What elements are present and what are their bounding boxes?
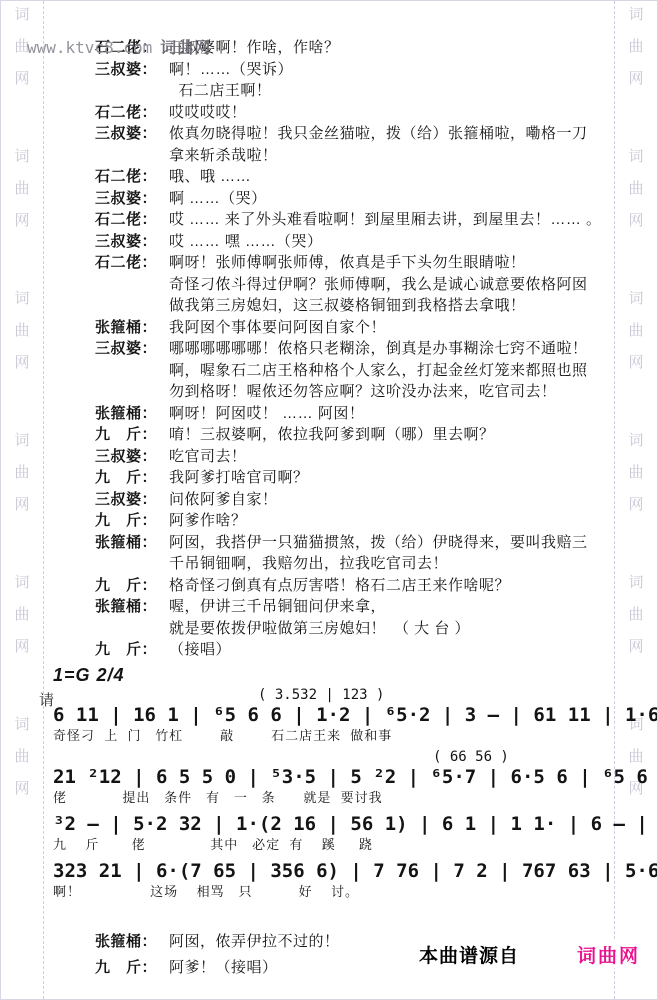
lyrics-line: 佬 提出 条件 有 一 条 就是 要讨我 — [53, 789, 645, 806]
music-system: ³2 — | 5·2 32 | 1·(2 16 | 56 1) | 6 1 | … — [53, 812, 645, 853]
music-intro-label: 请 — [39, 689, 54, 710]
dialogue-row: 石二佬：哦、哦 …… — [95, 166, 637, 188]
side-watermark-char: 词 — [14, 433, 29, 448]
dialogue-row: 做我第三房媳妇，这三叔婆格铜钿到我格搭去拿哦！ — [95, 295, 637, 317]
sheet-music-page: 词曲网词曲网词曲网词曲网词曲网词曲网 词曲网词曲网词曲网词曲网词曲网词曲网 ww… — [0, 0, 658, 1000]
dialogue-text: 奇怪刁侬斗得过伊啊？张师傅啊，我么是诚心诚意要侬格阿囡 — [169, 274, 637, 296]
speaker-label — [95, 295, 169, 317]
side-watermark-char: 词 — [14, 7, 29, 22]
grace-note-annotation: ( 66 56 ) — [433, 750, 645, 765]
dialogue-text: 啊呀！张师傅啊张师傅，侬真是手下头勿生眼睛啦！ — [169, 252, 637, 274]
dialogue-row: 千吊铜钿啊，我赔勿出，拉我吃官司去！ — [95, 553, 637, 575]
dialogue-text: 阿爹作啥？ — [169, 510, 637, 532]
left-margin: 词曲网词曲网词曲网词曲网词曲网词曲网 — [1, 1, 44, 999]
dialogue-row: 九 斤：我阿爹打啥官司啊？ — [95, 467, 637, 489]
dialogue-text: 吃官司去！ — [169, 446, 637, 468]
jianpu-notes-line: 6 11 | 16 1 | ⁶5 6 6 | 1·2 | ⁶5·2 | 3 — … — [53, 703, 645, 727]
dialogue-text: 就是要侬拨伊啦做第三房媳妇！ （ 大 台 ） — [169, 618, 637, 640]
grace-note-annotation: ( 3.532 | 123 ) — [258, 688, 645, 703]
dialogue-row: 三叔婆：啊！……（哭诉） — [95, 59, 637, 81]
speaker-label — [95, 618, 169, 640]
side-watermark-char: 词 — [628, 7, 643, 22]
speaker-label: 石二佬： — [95, 102, 169, 124]
side-watermark-char: 曲 — [14, 749, 29, 764]
side-watermark-char: 网 — [14, 71, 29, 86]
speaker-label — [95, 80, 169, 102]
speaker-label: 九 斤： — [95, 510, 169, 532]
dialogue-row: 张箍桶：啊呀！阿囡哎！ …… 阿囡！ — [95, 403, 637, 425]
speaker-label: 九 斤： — [95, 955, 169, 981]
speaker-label: 九 斤： — [95, 575, 169, 597]
speaker-label: 张箍桶： — [95, 403, 169, 425]
side-watermark-char: 词 — [14, 291, 29, 306]
dialogue-text: 石二店王啊！ — [169, 80, 637, 102]
side-watermark-char: 曲 — [14, 323, 29, 338]
dialogue-text: 我阿囡个事体要问阿囡自家个！ — [169, 317, 637, 339]
speaker-label — [95, 553, 169, 575]
dialogue-row: 三叔婆：哪哪哪哪哪哪！侬格只老糊涂，倒真是办事糊涂七窍不通啦！ — [95, 338, 637, 360]
dialogue-text: 哦、哦 …… — [169, 166, 637, 188]
key-signature: 1=G 2/4 — [53, 665, 645, 686]
music-system: 323 21 | 6·(7 65 | 356 6) | 7 76 | 7 2 |… — [53, 859, 645, 900]
source-label: 本曲谱源自 — [419, 941, 519, 968]
dialogue-row: 拿来斩杀哉啦！ — [95, 145, 637, 167]
speaker-label: 九 斤： — [95, 424, 169, 446]
dialogue-row: 啊，喔象石二店王格种格个人家么，打起金丝灯笼来都照也照 — [95, 360, 637, 382]
music-system: ( 3.532 | 123 )6 11 | 16 1 | ⁶5 6 6 | 1·… — [53, 688, 645, 744]
dialogue-row: 三叔婆：哎 …… 嘿 ……（哭） — [95, 231, 637, 253]
dialogue-row: 九 斤：格奇怪刁倒真有点厉害嗒！格石二店王来作啥呢？ — [95, 575, 637, 597]
speaker-label: 张箍桶： — [95, 929, 169, 955]
source-credit: 本曲谱源自 词曲网 — [419, 941, 640, 968]
dialogue-row: 九 斤：（接唱） — [95, 639, 637, 661]
speaker-label — [95, 360, 169, 382]
side-watermark-char: 曲 — [14, 181, 29, 196]
speaker-label: 三叔婆： — [95, 338, 169, 360]
dialogue-text: 格奇怪刁倒真有点厉害嗒！格石二店王来作啥呢？ — [169, 575, 637, 597]
speaker-label: 三叔婆： — [95, 446, 169, 468]
side-watermark-char: 曲 — [14, 607, 29, 622]
brand-logo: 词曲网 — [577, 941, 640, 968]
dialogue-text: 阿囡，我搭伊一只猫猫掼煞，拨（给）伊晓得来，要叫我赔三 — [169, 532, 637, 554]
side-watermark-char: 网 — [14, 213, 29, 228]
side-watermark-char: 网 — [14, 497, 29, 512]
side-watermark-char: 词 — [14, 149, 29, 164]
dialogue-row: 石二佬：啊呀！张师傅啊张师傅，侬真是手下头勿生眼睛啦！ — [95, 252, 637, 274]
dialogue-row: 石二店王啊！ — [95, 80, 637, 102]
dialogue-text: 问侬阿爹自家！ — [169, 489, 637, 511]
dialogue-text: 做我第三房媳妇，这三叔婆格铜钿到我格搭去拿哦！ — [169, 295, 637, 317]
speaker-label — [95, 274, 169, 296]
dialogue-row: 张箍桶：阿囡，我搭伊一只猫猫掼煞，拨（给）伊晓得来，要叫我赔三 — [95, 532, 637, 554]
dialogue-text: 唷！三叔婆啊，侬拉我阿爹到啊（哪）里去啊？ — [169, 424, 637, 446]
speaker-label: 三叔婆： — [95, 123, 169, 145]
dialogue-row: 石二佬：哎哎哎哎！ — [95, 102, 637, 124]
dialogue-text: 我阿爹打啥官司啊？ — [169, 467, 637, 489]
jianpu-notes-line: 21 ²12 | 6 5 5 0 | ⁵3·5 | 5 ²2 | ⁶5·7 | … — [53, 765, 645, 789]
dialogue-row: 九 斤：唷！三叔婆啊，侬拉我阿爹到啊（哪）里去啊？ — [95, 424, 637, 446]
lyrics-line: 奇怪刁 上 门 竹杠 敲 石二店王来 做和事 — [53, 727, 645, 744]
dialogue-text: 啊 ……（哭） — [169, 188, 637, 210]
jianpu-notes-line: 323 21 | 6·(7 65 | 356 6) | 7 76 | 7 2 |… — [53, 859, 645, 883]
dialogue-text: 啊！……（哭诉） — [169, 59, 637, 81]
side-watermark-char: 曲 — [14, 465, 29, 480]
dialogue-text: 喔，伊讲三千吊铜钿问伊来拿， — [169, 596, 637, 618]
speaker-label: 张箍桶： — [95, 596, 169, 618]
dialogue-text: 啊呀！阿囡哎！ …… 阿囡！ — [169, 403, 637, 425]
watermark-site-logo: 词曲网 — [160, 35, 211, 58]
dialogue-row: 九 斤：阿爹作啥？ — [95, 510, 637, 532]
dialogue-text: 哎 …… 嘿 ……（哭） — [169, 231, 637, 253]
side-watermark-char: 网 — [14, 355, 29, 370]
speaker-label — [95, 381, 169, 403]
dialogue-row: 三叔婆：啊 ……（哭） — [95, 188, 637, 210]
dialogue-text: 三叔婆啊！作啥，作啥？ — [169, 37, 637, 59]
dialogue-row: 石二佬：哎 …… 来了外头难看啦啊！到屋里厢去讲，到屋里去！…… 。 — [95, 209, 637, 231]
dialogue-section: 石二佬：三叔婆啊！作啥，作啥？三叔婆：啊！……（哭诉） 石二店王啊！石二佬：哎哎… — [95, 37, 637, 661]
dialogue-row: 奇怪刁侬斗得过伊啊？张师傅啊，我么是诚心诚意要侬格阿囡 — [95, 274, 637, 296]
lyrics-line: 啊！ 这场 相骂 只 好 讨。 — [53, 883, 645, 900]
speaker-label: 九 斤： — [95, 467, 169, 489]
watermark-url: www.ktvc8.com — [27, 38, 152, 57]
speaker-label — [95, 145, 169, 167]
music-system: ( 66 56 )21 ²12 | 6 5 5 0 | ⁵3·5 | 5 ²2 … — [53, 750, 645, 806]
speaker-label: 三叔婆： — [95, 59, 169, 81]
speaker-label: 三叔婆： — [95, 231, 169, 253]
dialogue-text: 啊，喔象石二店王格种格个人家么，打起金丝灯笼来都照也照 — [169, 360, 637, 382]
dialogue-text: 拿来斩杀哉啦！ — [169, 145, 637, 167]
side-watermark-char: 网 — [14, 639, 29, 654]
left-watermark-column: 词曲网词曲网词曲网词曲网词曲网词曲网 — [1, 1, 43, 859]
music-section: 1=G 2/4 请 ( 3.532 | 123 )6 11 | 16 1 | ⁶… — [53, 665, 645, 906]
dialogue-row: 三叔婆：侬真勿晓得啦！我只金丝猫啦，拨（给）张箍桶啦，嘞格一刀 — [95, 123, 637, 145]
lyrics-line: 九 斤 佬 其中 必定 有 蹊 跷 — [53, 836, 645, 853]
dialogue-row: 三叔婆：吃官司去！ — [95, 446, 637, 468]
speaker-label: 石二佬： — [95, 252, 169, 274]
dialogue-row: 三叔婆：问侬阿爹自家！ — [95, 489, 637, 511]
side-watermark-char: 网 — [14, 781, 29, 796]
dialogue-text: （接唱） — [169, 639, 637, 661]
speaker-label: 三叔婆： — [95, 489, 169, 511]
jianpu-notes-line: ³2 — | 5·2 32 | 1·(2 16 | 56 1) | 6 1 | … — [53, 812, 645, 836]
dialogue-row: 勿到格呀！喔侬还勿答应啊？这吤没办法来，吃官司去！ — [95, 381, 637, 403]
side-watermark-char: 词 — [14, 575, 29, 590]
speaker-label: 九 斤： — [95, 639, 169, 661]
header-watermark: www.ktvc8.com 词曲网 — [27, 35, 211, 58]
dialogue-row: 就是要侬拨伊啦做第三房媳妇！ （ 大 台 ） — [95, 618, 637, 640]
speaker-label: 张箍桶： — [95, 317, 169, 339]
dialogue-text: 勿到格呀！喔侬还勿答应啊？这吤没办法来，吃官司去！ — [169, 381, 637, 403]
dialogue-text: 哎哎哎哎！ — [169, 102, 637, 124]
dialogue-text: 哪哪哪哪哪哪！侬格只老糊涂，倒真是办事糊涂七窍不通啦！ — [169, 338, 637, 360]
side-watermark-char: 词 — [14, 717, 29, 732]
dialogue-row: 张箍桶：喔，伊讲三千吊铜钿问伊来拿， — [95, 596, 637, 618]
dialogue-row: 张箍桶：我阿囡个事体要问阿囡自家个！ — [95, 317, 637, 339]
dialogue-text: 千吊铜钿啊，我赔勿出，拉我吃官司去！ — [169, 553, 637, 575]
dialogue-text: 哎 …… 来了外头难看啦啊！到屋里厢去讲，到屋里去！…… 。 — [169, 209, 637, 231]
speaker-label: 石二佬： — [95, 209, 169, 231]
speaker-label: 张箍桶： — [95, 532, 169, 554]
speaker-label: 石二佬： — [95, 166, 169, 188]
speaker-label: 三叔婆： — [95, 188, 169, 210]
music-systems: ( 3.532 | 123 )6 11 | 16 1 | ⁶5 6 6 | 1·… — [53, 688, 645, 900]
dialogue-text: 侬真勿晓得啦！我只金丝猫啦，拨（给）张箍桶啦，嘞格一刀 — [169, 123, 637, 145]
